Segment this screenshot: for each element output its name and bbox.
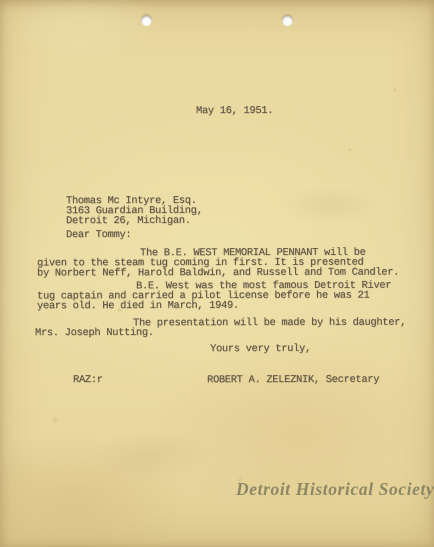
recipient-address-line-2: Detroit 26, Michigan. bbox=[66, 216, 191, 226]
paragraph-1-line-3: by Norbert Neff, Harold Baldwin, and Rus… bbox=[37, 268, 399, 279]
letter-date: May 16, 1951. bbox=[196, 106, 273, 116]
signature-name-title: ROBERT A. ZELEZNIK, Secretary bbox=[207, 375, 379, 385]
paragraph-3-line-1: The presentation will be made by his dau… bbox=[133, 318, 406, 329]
punch-hole-left bbox=[141, 15, 152, 26]
closing: Yours very truly, bbox=[210, 344, 311, 354]
letter-page: May 16, 1951. Thomas Mc Intyre, Esq. 316… bbox=[0, 0, 434, 547]
archive-watermark: Detroit Historical Society bbox=[236, 479, 434, 500]
punch-hole-right bbox=[282, 15, 293, 26]
paragraph-2-line-3: years old. He died in March, 1949. bbox=[37, 301, 239, 312]
salutation: Dear Tommy: bbox=[66, 230, 131, 240]
typist-initials: RAZ:r bbox=[73, 375, 103, 385]
paragraph-3-line-2: Mrs. Joseph Nutting. bbox=[35, 328, 154, 338]
